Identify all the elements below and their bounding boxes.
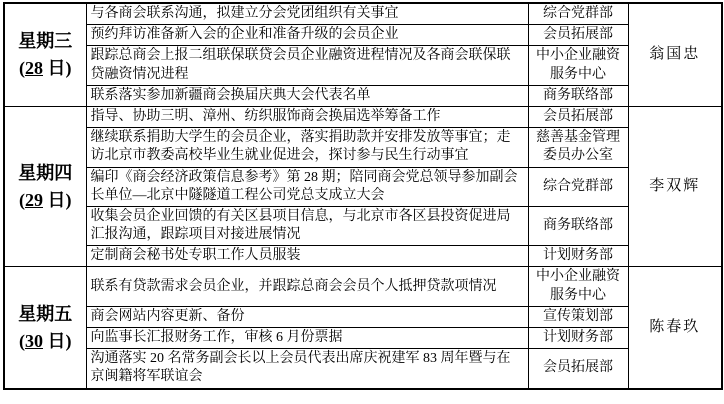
day-cell-friday: 星期五 (30 日) [4, 267, 86, 389]
day-cell-wednesday: 星期三 (28 日) [4, 3, 86, 106]
date-label: (30 日) [7, 328, 84, 355]
task-cell: 跟踪总商会上报二组联保联贷会员企业融资进程情况及各商会联保联贷融资情况进程 [86, 46, 528, 85]
department-cell: 计划财务部 [528, 246, 628, 267]
weekday-label: 星期五 [7, 301, 84, 328]
task-cell: 收集会员企业回馈的有关区县项目信息，与北京市各区县投资促进局汇报沟通，跟踪项目对… [86, 206, 528, 245]
date-number: 29 [25, 190, 43, 210]
table-row: 继续联系捐助大学生的会员企业，落实捐助款并安排发放等事宜；走访北京市教委高校毕业… [4, 128, 722, 167]
department-cell: 会员拓展部 [528, 349, 628, 389]
department-cell: 综合党群部 [528, 167, 628, 206]
table-row: 星期四 (29 日) 指导、协助三明、漳州、纺织服饰商会换届选举筹备工作 会员拓… [4, 106, 722, 127]
table-row: 编印《商会经济政策信息参考》第 28 期；陪同商会党总领导参加副会长单位—北京中… [4, 167, 722, 206]
person-cell: 李双辉 [628, 106, 722, 267]
department-cell: 商务联络部 [528, 85, 628, 106]
table-row: 商会网站内容更新、备份 宣传策划部 [4, 306, 722, 327]
table-row: 跟踪总商会上报二组联保联贷会员企业融资进程情况及各商会联保联贷融资情况进程 中小… [4, 46, 722, 85]
table-row: 预约拜访准备新入会的企业和准备升级的会员企业 会员拓展部 [4, 25, 722, 46]
table-row: 联系落实参加新疆商会换届庆典大会代表名单 商务联络部 [4, 85, 722, 106]
table-row: 定制商会秘书处专职工作人员服装 计划财务部 [4, 246, 722, 267]
task-cell: 沟通落实 20 名常务副会长以上会员代表出席庆祝建军 83 周年暨与在京闽籍将军… [86, 349, 528, 389]
date-label: (29 日) [7, 187, 84, 214]
task-cell: 商会网站内容更新、备份 [86, 306, 528, 327]
task-cell: 指导、协助三明、漳州、纺织服饰商会换届选举筹备工作 [86, 106, 528, 127]
person-cell: 陈春玖 [628, 267, 722, 389]
task-cell: 向监事长汇报财务工作，审核 6 月份票据 [86, 328, 528, 349]
task-cell: 预约拜访准备新入会的企业和准备升级的会员企业 [86, 25, 528, 46]
department-cell: 会员拓展部 [528, 106, 628, 127]
table-row: 星期三 (28 日) 与各商会联系沟通，拟建立分会党团组织有关事宜 综合党群部 … [4, 3, 722, 25]
weekday-label: 星期四 [7, 160, 84, 187]
table-row: 收集会员企业回馈的有关区县项目信息，与北京市各区县投资促进局汇报沟通，跟踪项目对… [4, 206, 722, 245]
department-cell: 综合党群部 [528, 3, 628, 25]
table-row: 向监事长汇报财务工作，审核 6 月份票据 计划财务部 [4, 328, 722, 349]
date-number: 30 [25, 331, 43, 351]
department-cell: 中小企业融资服务中心 [528, 267, 628, 306]
table-row: 星期五 (30 日) 联系有贷款需求会员企业，并跟踪总商会会员个人抵押贷款项情况… [4, 267, 722, 306]
department-cell: 慈善基金管理委员办公室 [528, 128, 628, 167]
day-cell-thursday: 星期四 (29 日) [4, 106, 86, 267]
weekday-label: 星期三 [7, 28, 84, 55]
task-cell: 联系落实参加新疆商会换届庆典大会代表名单 [86, 85, 528, 106]
department-cell: 会员拓展部 [528, 25, 628, 46]
department-cell: 宣传策划部 [528, 306, 628, 327]
task-cell: 定制商会秘书处专职工作人员服装 [86, 246, 528, 267]
task-cell: 与各商会联系沟通，拟建立分会党团组织有关事宜 [86, 3, 528, 25]
department-cell: 中小企业融资服务中心 [528, 46, 628, 85]
department-cell: 计划财务部 [528, 328, 628, 349]
date-number: 28 [25, 58, 43, 78]
department-cell: 商务联络部 [528, 206, 628, 245]
table-row: 沟通落实 20 名常务副会长以上会员代表出席庆祝建军 83 周年暨与在京闽籍将军… [4, 349, 722, 389]
date-label: (28 日) [7, 55, 84, 82]
task-cell: 继续联系捐助大学生的会员企业，落实捐助款并安排发放等事宜；走访北京市教委高校毕业… [86, 128, 528, 167]
task-cell: 联系有贷款需求会员企业，并跟踪总商会会员个人抵押贷款项情况 [86, 267, 528, 306]
schedule-table: 星期三 (28 日) 与各商会联系沟通，拟建立分会党团组织有关事宜 综合党群部 … [3, 2, 723, 390]
person-cell: 翁国忠 [628, 3, 722, 106]
task-cell: 编印《商会经济政策信息参考》第 28 期；陪同商会党总领导参加副会长单位—北京中… [86, 167, 528, 206]
